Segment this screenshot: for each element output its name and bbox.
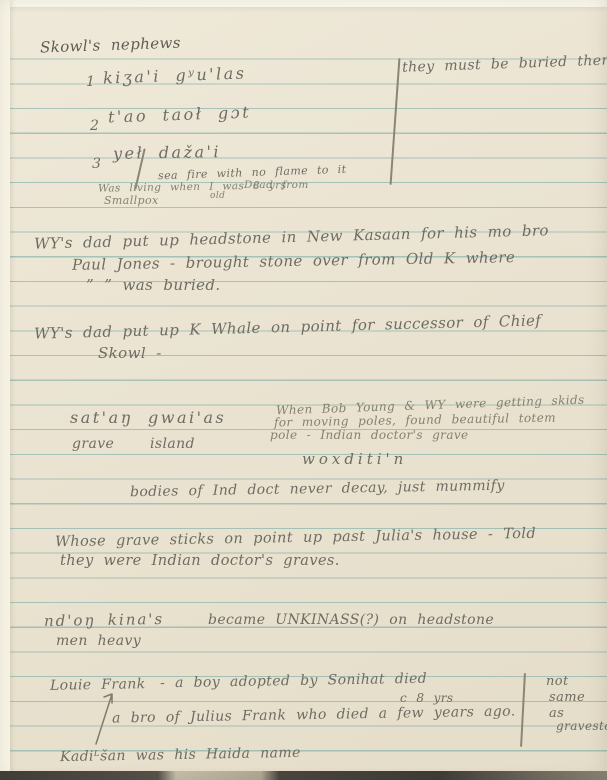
nephew-1-number: 1 bbox=[86, 74, 95, 90]
paper-bottom-edge bbox=[0, 771, 607, 780]
grave-sticks-line2: they were Indian doctor's graves. bbox=[60, 553, 340, 569]
grave-island-gloss-grave: grave bbox=[72, 436, 114, 452]
nephew-2-number: 2 bbox=[90, 118, 99, 134]
frank-age-note: c 8 yrs bbox=[400, 691, 453, 705]
notebook-page: Skowl's nephews 1 kiʒa'i gʸu'las 2 t'ao … bbox=[0, 0, 607, 780]
unkinass-term: nd'oŋ kina's bbox=[44, 610, 164, 630]
grave-island-note-line3: pole - Indian doctor's grave bbox=[270, 428, 469, 442]
frank-margin-note-line4: gravestone bbox=[556, 719, 607, 733]
woxditin-term: woxditi'n bbox=[302, 450, 407, 468]
headstone-note-line3: ” ” was buried. bbox=[86, 276, 221, 294]
nephew-3-note-line1b: Dead from bbox=[244, 179, 309, 191]
arrow-annotation bbox=[88, 686, 118, 748]
paper-left-edge bbox=[0, 0, 10, 780]
unkinass-headstone-note: became UNKINASS(?) on headstone bbox=[208, 612, 494, 628]
kwhale-note-line2: Skowl - bbox=[98, 344, 162, 362]
nephew-3-note-line2: Smallpox bbox=[104, 194, 159, 207]
grave-island-term: sat'aŋ gwai'as bbox=[70, 408, 226, 427]
unkinass-gloss: men heavy bbox=[56, 633, 141, 649]
nephew-3-note-inserted-word: old bbox=[210, 191, 225, 201]
nephew-3-number: 3 bbox=[92, 156, 101, 172]
paper-top-edge bbox=[0, 0, 607, 7]
grave-island-gloss-island: island bbox=[150, 436, 195, 452]
frank-margin-note-line1: not bbox=[546, 674, 569, 689]
frank-margin-note-line2: same bbox=[549, 690, 585, 705]
nephew-3-name: yeł daža'i bbox=[113, 142, 221, 163]
